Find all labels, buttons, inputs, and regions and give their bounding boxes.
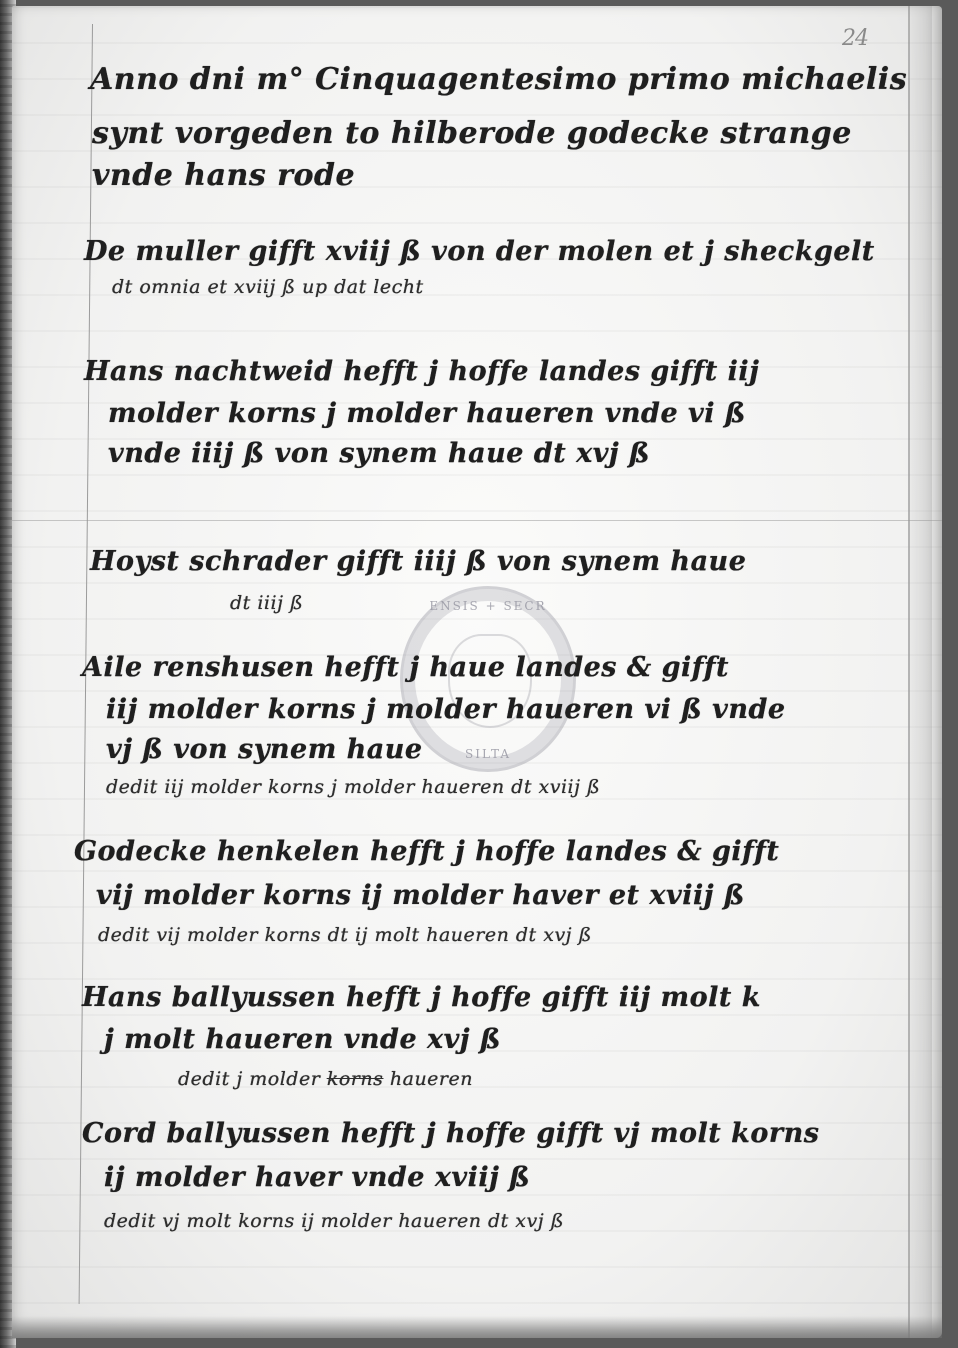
entry-7-line-3: dedit vj molt korns ij molder haueren dt…	[104, 1210, 564, 1232]
entry-2-line-2: molder korns j molder haueren vnde vi ß	[108, 398, 746, 429]
entry-5-line-2: vij molder korns ij molder haver et xvii…	[96, 880, 745, 911]
heading-line-1: Anno dni m° Cinquagentesimo primo michae…	[90, 62, 907, 97]
manuscript-scan: 24 ENSIS + SECR SILTA Anno dni m° Cinqua…	[0, 0, 958, 1348]
entry-1-line-1: De muller gifft xviij ß von der molen et…	[84, 236, 875, 267]
manuscript-page: 24 ENSIS + SECR SILTA Anno dni m° Cinqua…	[12, 6, 942, 1338]
entry-6-line-1: Hans ballyussen hefft j hoffe gifft iij …	[82, 982, 761, 1013]
folio-number: 24	[842, 26, 868, 51]
entry-4-line-3: vj ß von synem haue	[106, 734, 423, 765]
entry-4-line-4: dedit iij molder korns j molder haueren …	[106, 776, 600, 798]
seal-legend-bottom: SILTA	[403, 747, 573, 761]
entry-5-line-3: dedit vij molder korns dt ij molt hauere…	[98, 924, 592, 946]
entry-3-line-1: Hoyst schrader gifft iiij ß von synem ha…	[90, 546, 746, 577]
page-bottom-edge	[12, 1316, 942, 1338]
entry-2-line-3: vnde iiij ß von synem haue dt xvj ß	[108, 438, 650, 469]
page-right-edge	[908, 6, 932, 1338]
entry-6-line-3-text: dedit j molder korns haueren	[178, 1068, 473, 1090]
entry-6-line-2: j molt haueren vnde xvj ß	[104, 1024, 501, 1055]
entry-5-line-1: Godecke henkelen hefft j hoffe landes & …	[74, 836, 779, 867]
entry-6-line-3: dedit j molder korns haueren	[178, 1068, 473, 1090]
heading-line-3: vnde hans rode	[92, 158, 355, 193]
fold-line	[12, 520, 942, 521]
entry-7-line-2: ij molder haver vnde xviij ß	[104, 1162, 530, 1193]
entry-3-line-2: dt iiij ß	[230, 592, 303, 614]
struck-word: korns	[327, 1068, 384, 1090]
seal-legend-top: ENSIS + SECR	[403, 599, 573, 613]
entry-1-line-2: dt omnia et xviij ß up dat lecht	[112, 276, 424, 298]
entry-4-line-2: iij molder korns j molder haueren vi ß v…	[106, 694, 786, 725]
heading-line-2: synt vorgeden to hilberode godecke stran…	[92, 116, 852, 151]
entry-2-line-1: Hans nachtweid hefft j hoffe landes giff…	[84, 356, 759, 387]
entry-4-line-1: Aile renshusen hefft j haue landes & gif…	[82, 652, 729, 683]
entry-7-line-1: Cord ballyussen hefft j hoffe gifft vj m…	[82, 1118, 819, 1149]
